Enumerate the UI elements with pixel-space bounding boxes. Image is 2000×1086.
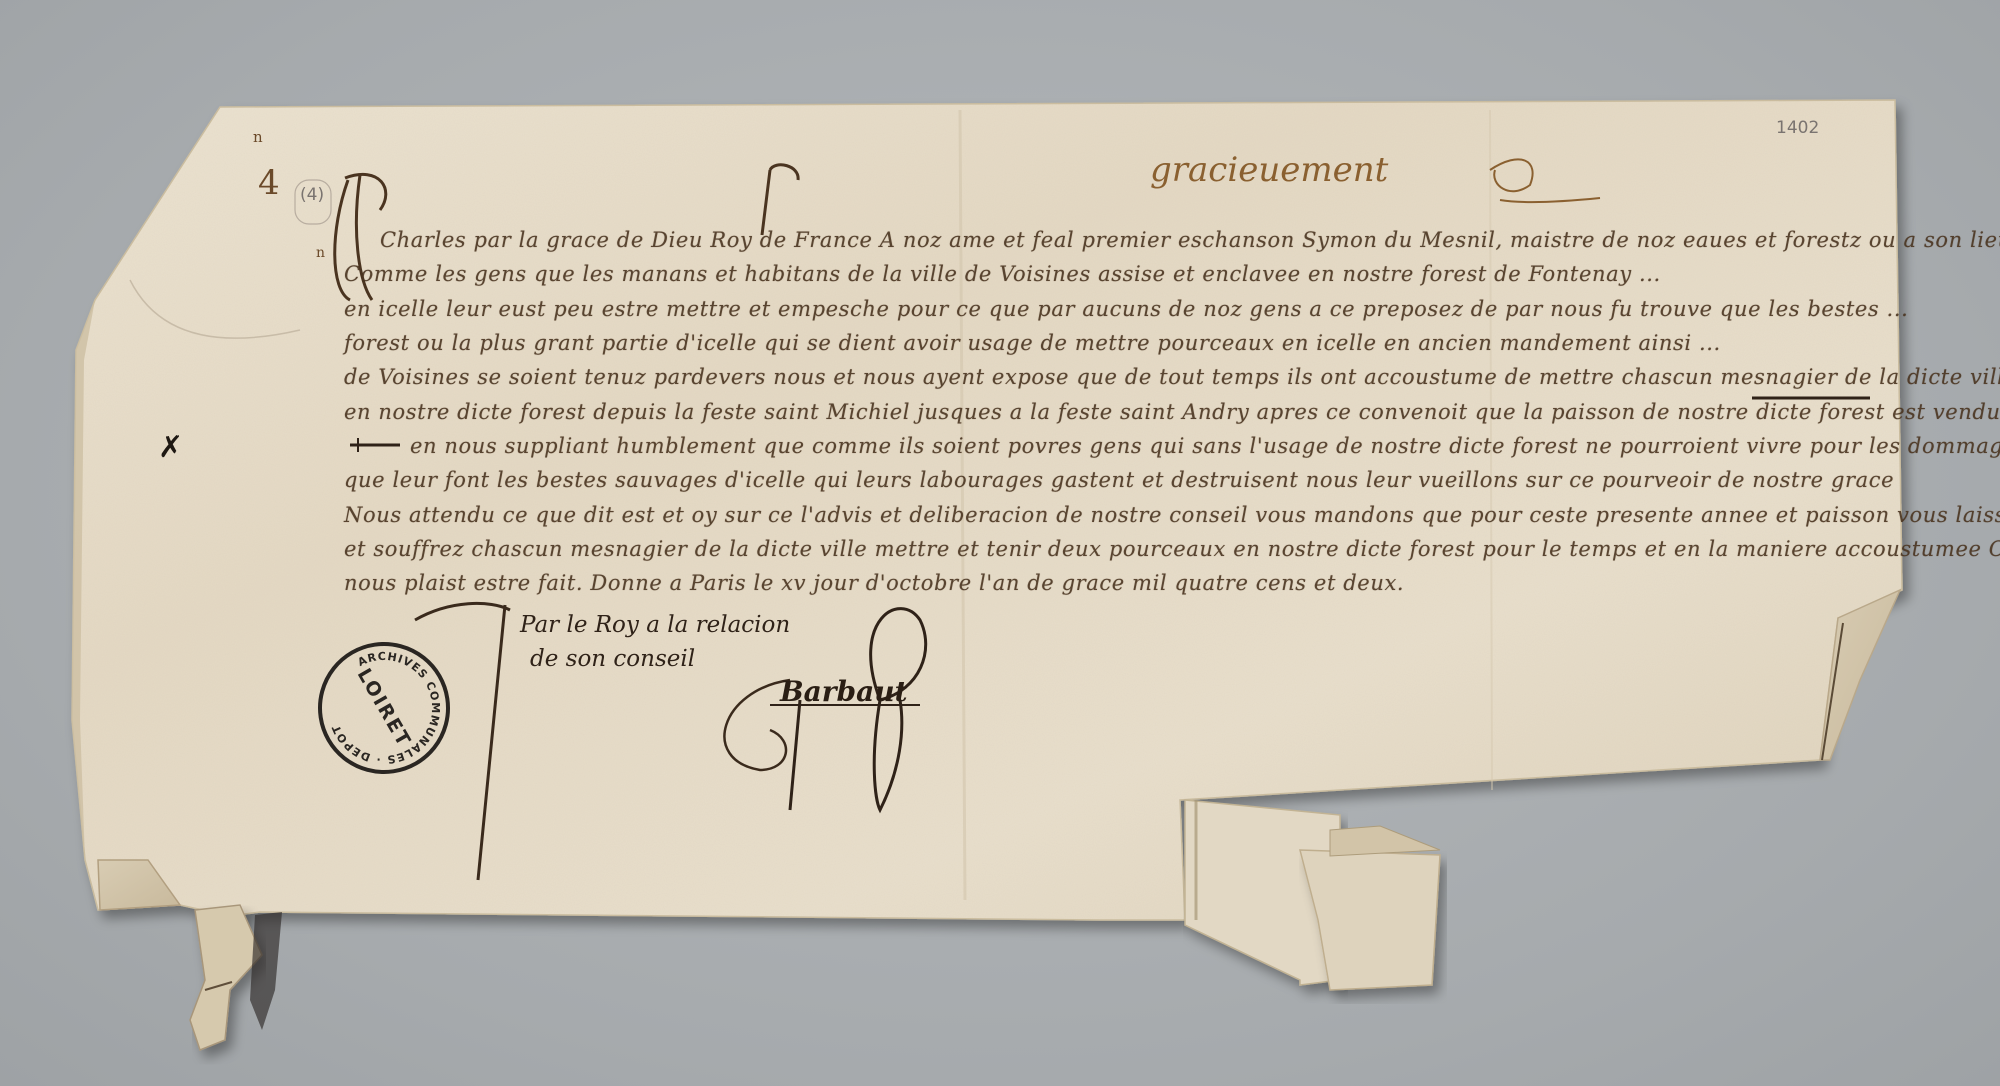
text-line-6: en nostre dicte forest depuis la feste s… bbox=[344, 400, 2000, 424]
pencil-date: 1402 bbox=[1776, 118, 1819, 138]
text-line-11: nous plaist estre fait. Donne a Paris le… bbox=[344, 571, 1404, 595]
text-line-3: en icelle leur eust peu estre mettre et … bbox=[344, 297, 1908, 321]
document-photo: n 4 (4) n 1402 gracieuement ✗ Charles pa… bbox=[0, 0, 2000, 1086]
subscription-line-2: de son conseil bbox=[530, 646, 695, 672]
left-margin-ink-mark: ✗ bbox=[158, 430, 183, 465]
margin-mark: n bbox=[316, 245, 325, 261]
subscription-line-1: Par le Roy a la relacion bbox=[520, 612, 790, 638]
text-line-9: Nous attendu ce que dit est et oy sur ce… bbox=[344, 503, 2000, 527]
text-line-5: de Voisines se soient tenuz pardevers no… bbox=[344, 365, 2000, 389]
text-line-2: Comme les gens que les manans et habitan… bbox=[344, 262, 1661, 286]
text-line-1: Charles par la grace de Dieu Roy de Fran… bbox=[380, 228, 1870, 252]
top-right-annotation: gracieuement bbox=[1150, 150, 1388, 190]
text-line-10: et souffrez chascun mesnagier de la dict… bbox=[344, 537, 2000, 561]
signature: Barbaut bbox=[780, 675, 908, 708]
folio-number: 4 bbox=[258, 163, 280, 203]
text-line-7: en nous suppliant humblement que comme i… bbox=[410, 434, 2000, 458]
text-line-4: forest ou la plus grant partie d'icelle … bbox=[344, 331, 1721, 355]
circled-number: (4) bbox=[300, 185, 324, 205]
text-line-8: que leur font les bestes sauvages d'icel… bbox=[344, 468, 1894, 492]
folio-mark: n bbox=[253, 128, 263, 146]
